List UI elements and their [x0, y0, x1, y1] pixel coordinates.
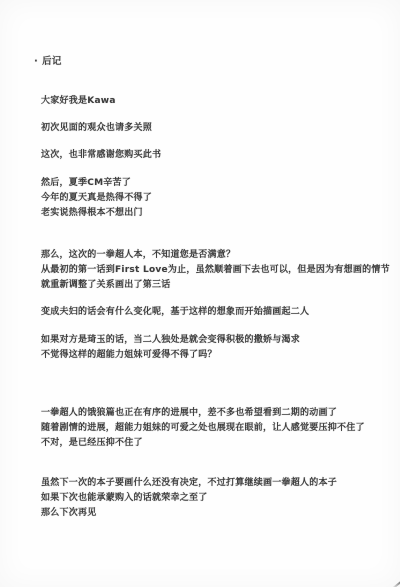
afterword-line: 虽然下一次的本子要画什么还没有决定，不过打算继续画一拳超人的本子 — [41, 476, 337, 491]
afterword-paragraph: 那么，这次的一拳超人本，不知道您是否满意？ 从最初的第一话到First Love… — [41, 248, 390, 293]
afterword-paragraph: 大家好我是Kawa — [41, 94, 116, 109]
afterword-line: 就重新调整了关系画出了第三话 — [41, 278, 390, 293]
afterword-line: 老实说热得根本不想出门 — [41, 206, 152, 221]
afterword-paragraph: 变成夫妇的话会有什么变化呢，基于这样的想象而开始描画起二人 — [41, 305, 309, 320]
afterword-line: 这次，也非常感谢您购买此书 — [41, 148, 161, 163]
section-title-text: 后记 — [42, 54, 62, 69]
afterword-paragraph: 如果对方是琦玉的话，当二人独处是就会变得积极的撒娇与渴求 不觉得这样的超能力姐妹… — [41, 333, 300, 363]
afterword-paragraph: 这次，也非常感谢您购买此书 — [41, 148, 161, 163]
afterword-paragraph: 一拳超人的饿狼篇也正在有序的进展中，差不多也希望看到二期的动画了 随着剧情的进展… — [41, 406, 365, 451]
afterword-line: 变成夫妇的话会有什么变化呢，基于这样的想象而开始描画起二人 — [41, 305, 309, 320]
page-corner-scan-artifact — [392, 581, 400, 587]
afterword-line: 今年的夏天真是热得不得了 — [41, 191, 152, 206]
afterword-line: 从最初的第一话到First Love为止，虽然顺着画下去也可以，但是因为有想画的… — [41, 263, 390, 278]
afterword-line: 那么下次再见 — [41, 506, 337, 521]
afterword-paragraph: 初次见面的观众也请多关照 — [41, 121, 152, 136]
afterword-line: 随着剧情的进展，超能力姐妹的可爱之处也展现在眼前，让人感觉要压抑不住了 — [41, 421, 365, 436]
afterword-line: 一拳超人的饿狼篇也正在有序的进展中，差不多也希望看到二期的动画了 — [41, 406, 365, 421]
afterword-paragraph: 然后，夏季CM辛苦了 今年的夏天真是热得不得了 老实说热得根本不想出门 — [41, 176, 152, 221]
afterword-line: 然后，夏季CM辛苦了 — [41, 176, 152, 191]
afterword-line: 如果下次也能承蒙购入的话就荣幸之至了 — [41, 491, 337, 506]
afterword-line: 如果对方是琦玉的话，当二人独处是就会变得积极的撒娇与渴求 — [41, 333, 300, 348]
afterword-page: · 后记 大家好我是Kawa 初次见面的观众也请多关照 这次，也非常感谢您购买此… — [0, 0, 400, 587]
section-title: · 后记 — [34, 54, 62, 69]
afterword-line: 不对，是已经压抑不住了 — [41, 436, 365, 451]
afterword-line: 初次见面的观众也请多关照 — [41, 121, 152, 136]
afterword-line: 那么，这次的一拳超人本，不知道您是否满意？ — [41, 248, 390, 263]
afterword-paragraph: 虽然下一次的本子要画什么还没有决定，不过打算继续画一拳超人的本子 如果下次也能承… — [41, 476, 337, 521]
afterword-line: 大家好我是Kawa — [41, 94, 116, 109]
bullet-icon: · — [34, 54, 38, 69]
afterword-line: 不觉得这样的超能力姐妹可爱得不得了吗？ — [41, 348, 300, 363]
